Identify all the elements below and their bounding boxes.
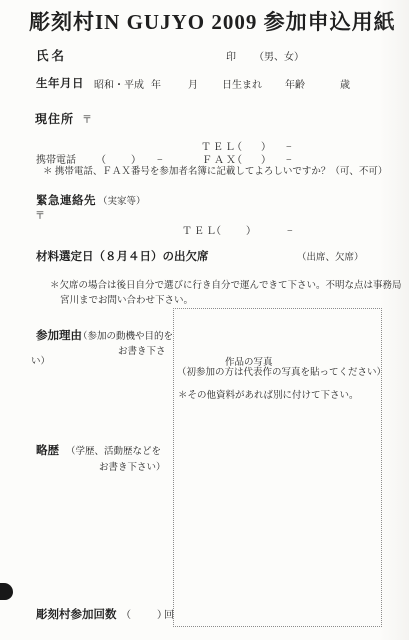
directory-consent-note: ＊ 携帯電話、ＦＡＸ番号を参加者名簿に記載してよろしいですか？（可、不可） bbox=[43, 167, 387, 178]
age-label: 年齢 bbox=[285, 80, 305, 92]
count-unit-label: 回 bbox=[164, 610, 174, 622]
birthdate-label: 生年月日 bbox=[36, 78, 84, 91]
open-paren: （ bbox=[232, 155, 242, 167]
emergency-contact-label: 緊急連絡先 bbox=[36, 195, 96, 208]
dash: − bbox=[157, 155, 163, 167]
attendance-options: （出席、欠席） bbox=[297, 253, 364, 264]
absence-note-line2: 宮川までお問い合わせ下さい。 bbox=[60, 296, 193, 307]
application-form-page: 彫刻村IN GUJYO 2009 参加申込用紙 氏名 印 （男、女） 生年月日 … bbox=[0, 0, 409, 640]
reason-hint-1: （参加の動機や目的を bbox=[78, 332, 173, 343]
gender-options: （男、女） bbox=[254, 52, 304, 64]
close-paren: ） bbox=[261, 142, 271, 154]
address-label: 現住所 bbox=[35, 113, 74, 127]
photo-box-extra-note: ＊その他資料があれば別に付けて下さい。 bbox=[178, 391, 359, 402]
era-options: 昭和・平成 bbox=[94, 80, 144, 92]
photo-attach-box bbox=[173, 308, 382, 627]
history-label: 略歴 bbox=[36, 445, 59, 458]
form-title: 彫刻村IN GUJYO 2009 参加申込用紙 bbox=[29, 10, 396, 34]
dash: − bbox=[286, 142, 292, 154]
name-label: 氏名 bbox=[36, 49, 67, 63]
close-paren: ） bbox=[261, 155, 271, 167]
absence-note-line1: ＊欠席の場合は後日自分で選びに行き自分で運んできて下さい。不明な点は事務局 bbox=[50, 281, 402, 292]
dash: − bbox=[286, 155, 292, 167]
reason-hint-3: い） bbox=[31, 357, 50, 368]
material-day-label: 材料選定日（８月４日）の出欠席 bbox=[36, 251, 209, 264]
postal-mark: 〒 bbox=[82, 115, 92, 127]
day-label: 日生まれ bbox=[222, 80, 262, 92]
seal-label: 印 bbox=[226, 52, 236, 64]
photo-box-note: （初参加の方は代表作の写真を貼ってください） bbox=[177, 368, 386, 379]
ink-blot-artifact bbox=[0, 583, 13, 600]
emergency-contact-sub: （実家等） bbox=[98, 197, 146, 208]
reason-hint-2: お書き下さ bbox=[118, 347, 166, 358]
open-paren: （ bbox=[96, 155, 106, 167]
participation-count-label: 彫刻村参加回数 bbox=[36, 609, 117, 622]
scan-edge-shading bbox=[379, 0, 409, 640]
close-paren: ） bbox=[131, 155, 141, 167]
open-paren: （ bbox=[232, 142, 242, 154]
open-paren: （ bbox=[121, 610, 131, 622]
open-paren: （ bbox=[211, 226, 221, 238]
close-paren: ） bbox=[246, 226, 256, 238]
mobile-label: 携帯電話 bbox=[36, 155, 76, 167]
history-hint-1: （学歴、活動歴などを bbox=[66, 447, 161, 458]
reason-label: 参加理由 bbox=[36, 330, 82, 343]
month-label: 月 bbox=[188, 80, 198, 92]
dash: − bbox=[287, 226, 293, 238]
year-label: 年 bbox=[151, 80, 161, 92]
age-unit-label: 歳 bbox=[340, 80, 350, 92]
history-hint-2: お書き下さい） bbox=[99, 463, 166, 474]
postal-mark: 〒 bbox=[35, 211, 45, 223]
